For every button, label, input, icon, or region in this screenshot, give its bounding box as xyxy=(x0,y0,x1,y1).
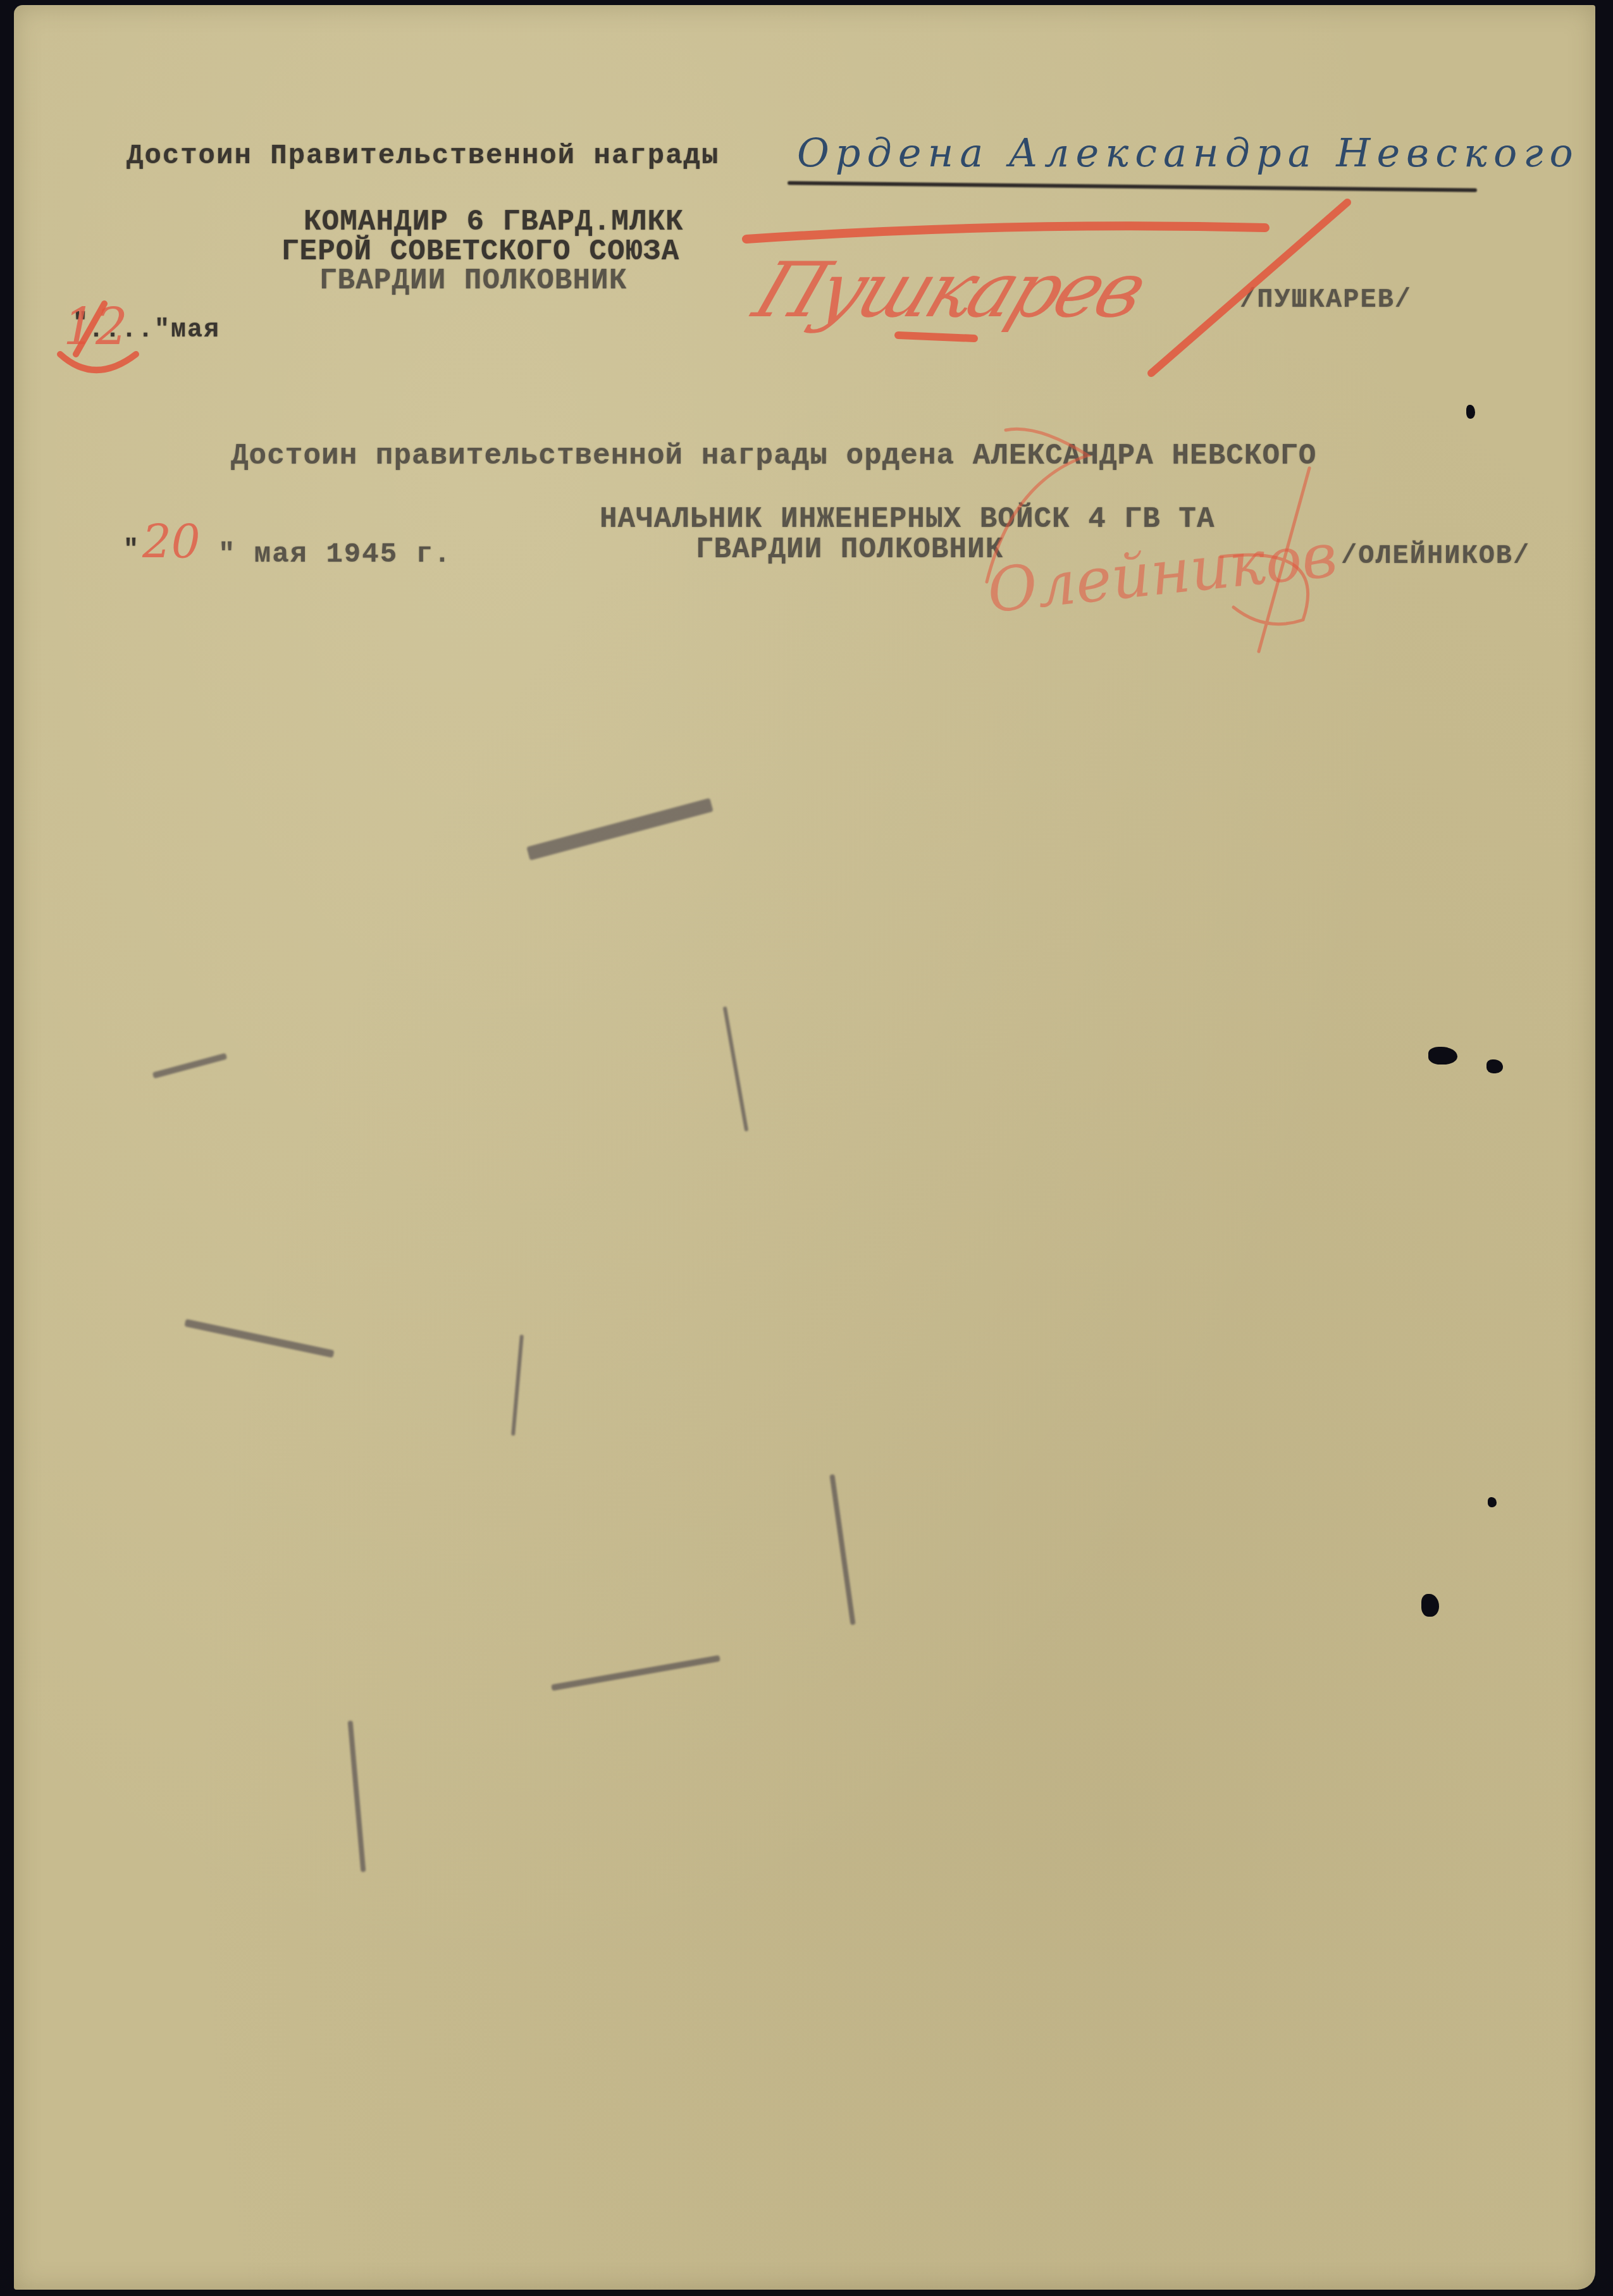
punch-hole xyxy=(1428,1047,1457,1065)
signer-name-2: /ОЛЕЙНИКОВ/ xyxy=(1341,541,1530,571)
signer-title-2-line2: ГВАРДИИ ПОЛКОВНИК xyxy=(696,533,1003,566)
award-line-typed-1: Достоин Правительственной награды xyxy=(127,140,719,172)
signer-title-2-line1: НАЧАЛЬНИК ИНЖЕНЕРНЫХ ВОЙСК 4 ГВ ТА xyxy=(600,503,1215,536)
date-2-typed: " мая 1945 г. xyxy=(218,539,452,571)
signature-pushkarev: Пушкарев xyxy=(743,247,1155,335)
signer-name-1: /ПУШКАРЕВ/ xyxy=(1240,285,1412,315)
date-1-typed: ...."мая xyxy=(89,316,220,345)
date-2-day: 20 xyxy=(142,515,201,569)
document-page xyxy=(14,5,1595,2290)
punch-hole xyxy=(1486,1059,1503,1073)
punch-hole xyxy=(1466,405,1475,419)
award-line-typed-2: Достоин правительственной награды ордена… xyxy=(231,440,1316,472)
signer-title-1-line1: КОМАНДИР 6 ГВАРД.МЛКК xyxy=(304,206,684,238)
punch-hole xyxy=(1488,1497,1497,1507)
signer-title-1-line3: ГВАРДИИ ПОЛКОВНИК xyxy=(319,264,627,297)
punch-hole xyxy=(1421,1594,1439,1617)
date-2-open-quote: " xyxy=(123,536,140,565)
award-line-handwritten: Ордена Александра Невского xyxy=(797,130,1579,176)
signer-title-1-line2: ГЕРОЙ СОВЕТСКОГО СОЮЗА xyxy=(281,235,679,268)
